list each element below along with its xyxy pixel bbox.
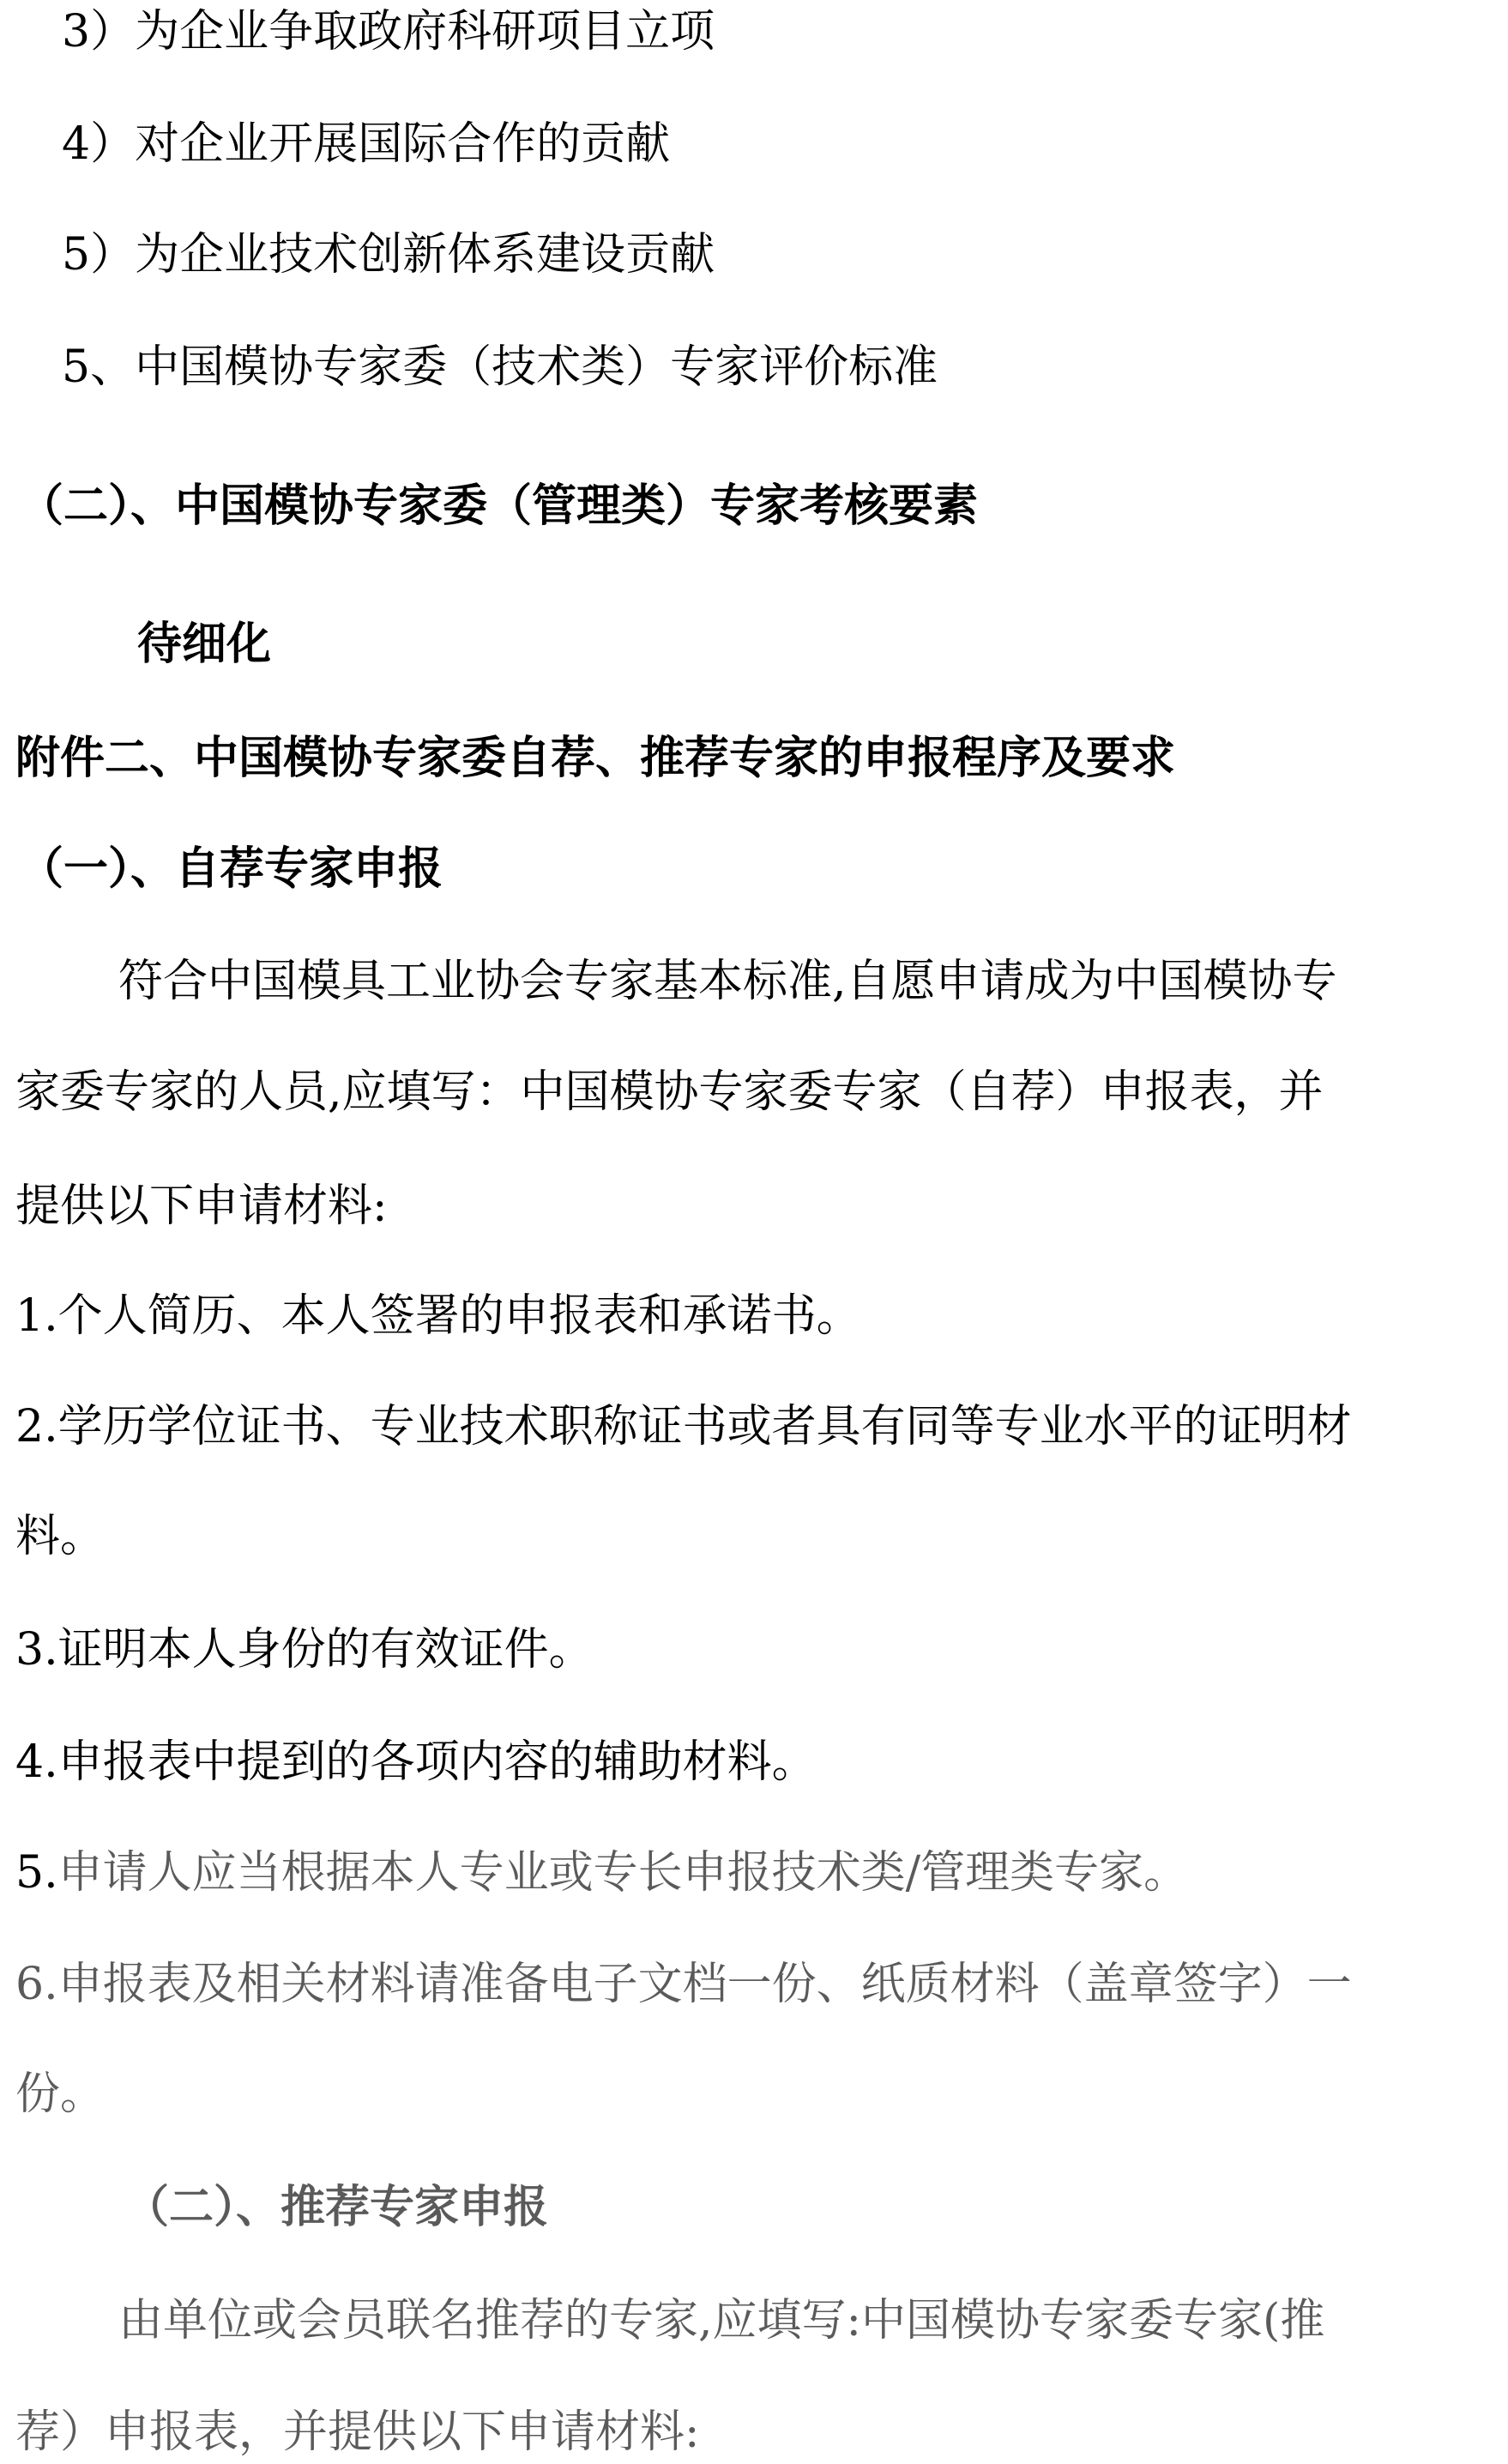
material-item-4: 4.申报表中提到的各项内容的辅助材料。 bbox=[15, 1732, 817, 1792]
item-text: 个人简历、本人签署的申报表和承诺书。 bbox=[58, 1290, 861, 1342]
material-item-6-continued: 份。 bbox=[15, 2064, 105, 2124]
self-recommend-paragraph-line-1: 符合中国模具工业协会专家基本标准,自愿申请成为中国模协专 bbox=[118, 951, 1337, 1012]
management-section-body: 待细化 bbox=[137, 614, 271, 674]
material-item-2: 2.学历学位证书、专业技术职称证书或者具有同等专业水平的证明材 bbox=[15, 1397, 1352, 1457]
recommend-paragraph-line-1: 由单位或会员联名推荐的专家,应填写:中国模协专家委专家(推 bbox=[118, 2291, 1324, 2351]
recommend-heading: （二）、推荐专家申报 bbox=[124, 2177, 548, 2238]
list-item-5: 5）为企业技术创新体系建设贡献 bbox=[62, 225, 715, 285]
item-text: 申报表及相关材料请准备电子文档一份、纸质材料（盖章签字）一 bbox=[58, 1959, 1352, 2010]
self-recommend-heading: （一）、自荐专家申报 bbox=[19, 839, 443, 899]
list-item-4: 4）对企业开展国际合作的贡献 bbox=[62, 114, 670, 174]
item-number: 4. bbox=[15, 1736, 58, 1788]
self-recommend-paragraph-line-3: 提供以下申请材料: bbox=[15, 1176, 388, 1236]
recommend-paragraph-line-2: 荐）申报表，并提供以下申请材料: bbox=[15, 2402, 700, 2462]
section-5-heading: 5、中国模协专家委（技术类）专家评价标准 bbox=[62, 337, 938, 397]
material-item-6: 6.申报表及相关材料请准备电子文档一份、纸质材料（盖章签字）一 bbox=[15, 1954, 1352, 2014]
item-number: 2. bbox=[15, 1401, 58, 1452]
item-number: 1. bbox=[15, 1290, 58, 1342]
item-number: 6. bbox=[15, 1959, 58, 2010]
material-item-3: 3.证明本人身份的有效证件。 bbox=[15, 1620, 594, 1680]
list-item-3: 3）为企业争取政府科研项目立项 bbox=[62, 2, 715, 62]
item-text: 申报表中提到的各项内容的辅助材料。 bbox=[58, 1736, 817, 1788]
management-section-heading: （二）、中国模协专家委（管理类）专家考核要素 bbox=[19, 476, 978, 536]
item-text: 学历学位证书、专业技术职称证书或者具有同等专业水平的证明材 bbox=[58, 1401, 1352, 1452]
self-recommend-paragraph-line-2: 家委专家的人员,应填写：中国模协专家委专家（自荐）申报表，并 bbox=[15, 1062, 1324, 1122]
item-number: 3. bbox=[15, 1624, 58, 1676]
item-number: 5. bbox=[15, 1847, 58, 1899]
appendix-title: 附件二、中国模协专家委自荐、推荐专家的申报程序及要求 bbox=[15, 728, 1175, 788]
material-item-1: 1.个人简历、本人签署的申报表和承诺书。 bbox=[15, 1286, 861, 1346]
item-text: 申请人应当根据本人专业或专长申报技术类/管理类专家。 bbox=[58, 1847, 1189, 1899]
material-item-2-continued: 料。 bbox=[15, 1507, 105, 1567]
item-text: 证明本人身份的有效证件。 bbox=[58, 1624, 594, 1676]
material-item-5: 5.申请人应当根据本人专业或专长申报技术类/管理类专家。 bbox=[15, 1843, 1188, 1903]
